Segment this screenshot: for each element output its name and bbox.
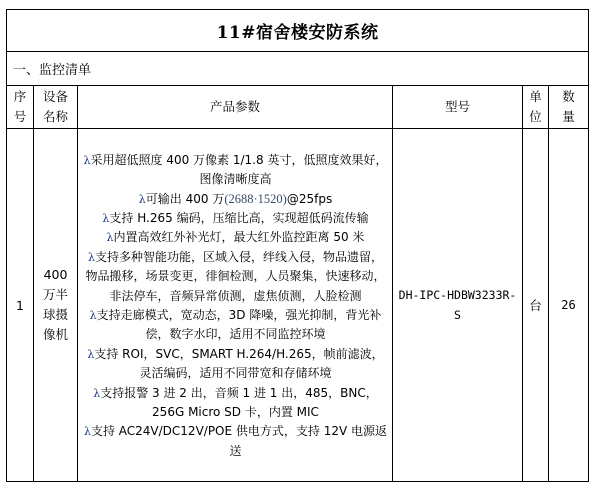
spec-item: λ支持 H.265 编码，压缩比高，实现超低码流传输: [83, 209, 388, 228]
header-name-line2: 名称: [43, 109, 68, 124]
document-title: 11#宿舍楼安防系统: [7, 10, 589, 52]
row-device-name: 400 万半 球摄 像机: [34, 129, 78, 482]
device-name-line3: 球摄: [43, 307, 68, 322]
header-qty: 数 量: [549, 86, 589, 129]
bullet-icon: λ: [107, 231, 114, 244]
row-model: DH-IPC-HDBW3233R- S: [393, 129, 523, 482]
bullet-icon: λ: [139, 193, 146, 206]
spec-text: 支持 ROI，SVC，SMART H.264/H.265，帧前滤波，灵活编码，适…: [94, 347, 383, 380]
spec-item: λ支持多种智能功能，区域入侵，绊线入侵，物品遗留，物品搬移，场景变更，徘徊检测，…: [83, 248, 388, 306]
spec-text: 支持 H.265 编码，压缩比高，实现超低码流传输: [109, 211, 368, 225]
device-name-line4: 像机: [43, 327, 68, 342]
bullet-icon: λ: [88, 251, 95, 264]
row-product-params: λ采用超低照度 400 万像素 1/1.8 英寸，低照度效果好，图像清晰度高 λ…: [78, 129, 393, 482]
header-unit: 单 位: [523, 86, 549, 129]
device-name-line2: 万半: [43, 287, 68, 302]
model-line2: S: [454, 308, 461, 322]
spec-text: 可输出 400 万: [146, 192, 225, 206]
header-qty-line1: 数: [562, 89, 575, 104]
bullet-icon: λ: [84, 154, 91, 167]
device-name-line1: 400: [44, 267, 68, 282]
spec-item: λ支持 AC24V/DC12V/POE 供电方式，支持 12V 电源返送: [83, 422, 388, 461]
header-index-line1: 序: [14, 89, 27, 104]
spec-item: λ可输出 400 万(2688·1520)@25fps: [83, 190, 388, 209]
spec-item: λ采用超低照度 400 万像素 1/1.8 英寸，低照度效果好，图像清晰度高: [83, 151, 388, 190]
title-row: 11#宿舍楼安防系统: [7, 10, 589, 52]
header-name: 设备 名称: [34, 86, 78, 129]
header-name-line1: 设备: [43, 89, 68, 104]
framerate-text: @25fps: [287, 192, 332, 206]
spec-item: λ内置高效红外补光灯，最大红外监控距离 50 米: [83, 228, 388, 247]
table-row: 1 400 万半 球摄 像机 λ采用超低照度 400 万像素 1/1.8 英寸，…: [7, 129, 589, 482]
bullet-icon: λ: [90, 309, 97, 322]
header-unit-line1: 单: [529, 89, 542, 104]
row-index: 1: [7, 129, 34, 482]
header-index: 序 号: [7, 86, 34, 129]
bullet-icon: λ: [84, 425, 91, 438]
spec-item: λ支持报警 3 进 2 出，音频 1 进 1 出，485，BNC，256G Mi…: [83, 384, 388, 423]
header-qty-line2: 量: [562, 109, 575, 124]
spec-text: 支持报警 3 进 2 出，音频 1 进 1 出，485，BNC，256G Mic…: [100, 386, 378, 419]
resolution-text: (2688·1520): [224, 192, 287, 206]
section-row: 一、监控清单: [7, 52, 589, 86]
spec-item: λ支持 ROI，SVC，SMART H.264/H.265，帧前滤波，灵活编码，…: [83, 345, 388, 384]
spec-text: 支持走廊模式，宽动态，3D 降噪，强光抑制，背光补偿，数字水印，适用不同监控环境: [97, 308, 382, 341]
spec-text: 内置高效红外补光灯，最大红外监控距离 50 米: [114, 230, 365, 244]
row-unit: 台: [523, 129, 549, 482]
spec-text: 支持 AC24V/DC12V/POE 供电方式，支持 12V 电源返送: [91, 424, 387, 457]
row-qty: 26: [549, 129, 589, 482]
header-row: 序 号 设备 名称 产品参数 型号 单 位 数 量: [7, 86, 589, 129]
model-line1: DH-IPC-HDBW3233R-: [399, 288, 517, 302]
spec-text: 采用超低照度 400 万像素 1/1.8 英寸，低照度效果好，图像清晰度高: [91, 153, 388, 186]
header-unit-line2: 位: [529, 109, 542, 124]
section-heading: 一、监控清单: [7, 52, 589, 86]
equipment-table: 11#宿舍楼安防系统 一、监控清单 序 号 设备 名称 产品参数 型号 单 位 …: [6, 9, 589, 482]
spec-item: λ支持走廊模式，宽动态，3D 降噪，强光抑制，背光补偿，数字水印，适用不同监控环…: [83, 306, 388, 345]
spec-text: 支持多种智能功能，区域入侵，绊线入侵，物品遗留，物品搬移，场景变更，徘徊检测，人…: [85, 250, 385, 303]
header-params: 产品参数: [78, 86, 393, 129]
header-model: 型号: [393, 86, 523, 129]
header-index-line2: 号: [14, 109, 27, 124]
